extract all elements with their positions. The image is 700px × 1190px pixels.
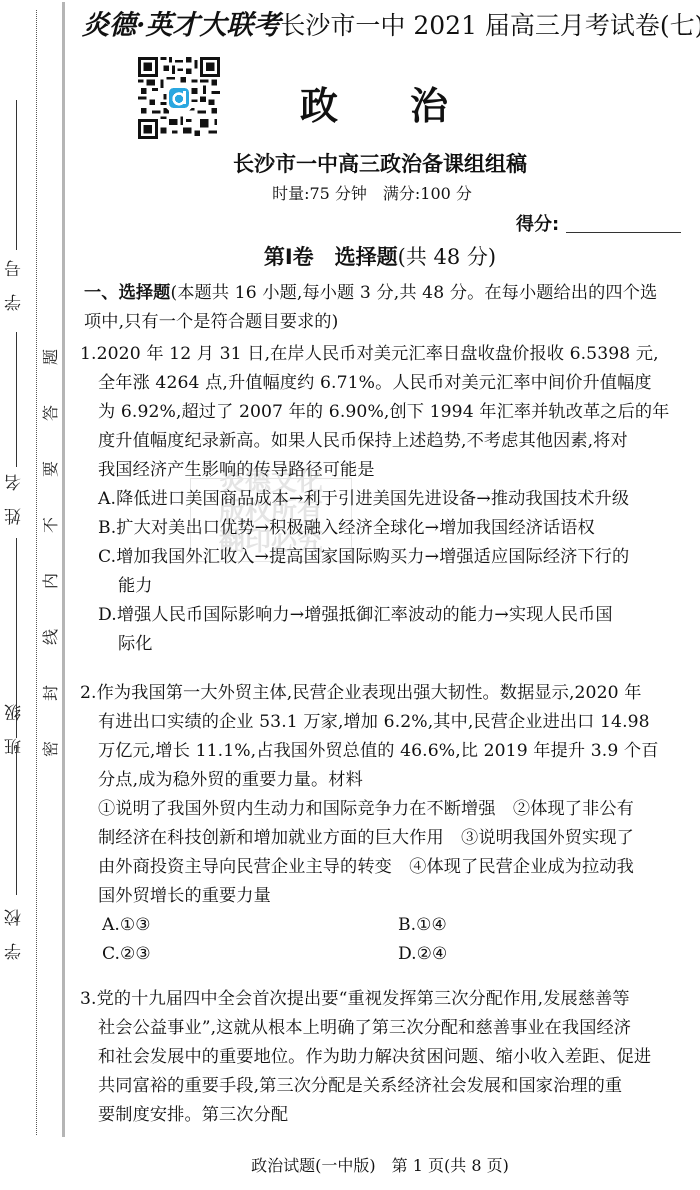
option-key: D. [398, 944, 417, 964]
option-text: 增强人民币国际影响力→增强抵御汇率波动的能力→实现人民币国 [117, 605, 613, 625]
question-text: 度升值幅度纪录新高。如果人民币保持上述趋势,不考虑其他因素,将对 [80, 427, 686, 456]
option-text: 降低进口美国商品成本→利于引进美国先进设备→推动我国技术升级 [116, 489, 629, 509]
statement-text: ①说明了我国外贸内生动力和国际竞争力在不断增强 ②体现了非公有 [80, 795, 686, 824]
question-text: 有进出口实绩的企业 53.1 万家,增加 6.2%,其中,民营企业进出口 14.… [80, 708, 686, 737]
question-number: 2. [80, 683, 97, 703]
subject-char: 治 [410, 75, 448, 130]
seal-char: 线 [40, 626, 62, 648]
question-2: 2.作为我国第一大外贸主体,民营企业表现出强大韧性。数据显示,2020 年 有进… [80, 679, 686, 911]
option-d[interactable]: D.增强人民币国际影响力→增强抵御汇率波动的能力→实现人民币国 [80, 601, 686, 630]
option-key: C. [98, 547, 116, 567]
question-1: 1.2020 年 12 月 31 日,在岸人民币对美元汇率日盘收盘价报收 6.5… [80, 340, 686, 659]
statement-text: 国外贸增长的重要力量 [80, 882, 686, 911]
option-text: ②③ [120, 944, 151, 964]
option-c[interactable]: C.增加我国外汇收入→提高国家国际购买力→增强适应国际经济下行的 [80, 543, 686, 572]
option-key: B. [98, 518, 116, 538]
time-info: 时量:75 分钟 满分:100 分 [0, 181, 700, 204]
section-instruction: 一、选择题(本题共 16 小题,每小题 3 分,共 48 分。在每小题给出的四个… [84, 279, 686, 337]
author-line: 长沙市一中高三政治备课组组稿 [0, 148, 700, 178]
option-text: 扩大对美出口优势→积极融入经济全球化→增加我国经济话语权 [116, 518, 594, 538]
seal-char: 封 [40, 682, 62, 704]
subject-char: 政 [300, 75, 338, 130]
question-3: 3.党的十九届四中全会首次提出要“重视发挥第三次分配作用,发展慈善等 社会公益事… [80, 985, 686, 1130]
option-text: ①③ [120, 915, 151, 935]
seal-char: 答 [40, 402, 62, 424]
qr-code-icon[interactable] [136, 57, 222, 139]
seal-char: 题 [40, 346, 62, 368]
statement-text: 由外商投资主导向民营企业主导的转变 ④体现了民营企业成为拉动我 [80, 853, 686, 882]
school-label: 学 校 [4, 900, 28, 970]
seal-char: 不 [40, 514, 62, 536]
option-b[interactable]: B.扩大对美出口优势→积极融入经济全球化→增加我国经济话语权 [80, 514, 686, 543]
question-text: 作为我国第一大外贸主体,民营企业表现出强大韧性。数据显示,2020 年 [97, 683, 642, 703]
option-c-continued: 能力 [80, 572, 686, 601]
question-number: 3. [80, 989, 97, 1009]
statement-text: 制经济在科技创新和增加就业方面的巨大作用 ③说明我国外贸实现了 [80, 824, 686, 853]
name-underline-top[interactable] [16, 332, 17, 467]
section-title-rest: (共 48 分) [398, 245, 496, 269]
seal-char: 密 [40, 738, 62, 760]
option-a[interactable]: A.①③ [102, 911, 151, 940]
option-key: C. [102, 944, 120, 964]
name-label: 姓 名 [4, 470, 28, 530]
question-text: 社会公益事业”,这就从根本上明确了第三次分配和慈善事业在我国经济 [80, 1014, 686, 1043]
question-text: 要制度安排。第三次分配 [80, 1101, 686, 1130]
series-title-rest: 长沙市一中 2021 届高三月考试卷(七) [280, 11, 700, 40]
series-title-bold: 炎德·英才大联考 [82, 10, 280, 41]
question-text: 为 6.92%,超过了 2007 年的 6.90%,创下 1994 年汇率并轨改… [80, 398, 686, 427]
page-footer: 政治试题(一中版) 第 1 页(共 8 页) [0, 1153, 700, 1176]
option-text: 增加我国外汇收入→提高国家国际购买力→增强适应国际经济下行的 [116, 547, 629, 567]
seal-dotted-line [36, 10, 37, 1135]
subject-title: 政治 [300, 75, 448, 130]
question-text: 2020 年 12 月 31 日,在岸人民币对美元汇率日盘收盘价报收 6.539… [97, 344, 659, 364]
section-title-bold: 第Ⅰ卷 选择题 [264, 245, 398, 269]
score-field[interactable] [566, 232, 681, 233]
question-text: 万亿元,增长 11.1%,占我国外贸总值的 46.6%,比 2019 年提升 3… [80, 737, 686, 766]
question-text: 全年涨 4264 点,升值幅度约 6.71%。人民币对美元汇率中间价升值幅度 [80, 369, 686, 398]
question-text: 分点,成为稳外贸的重要力量。材料 [80, 766, 686, 795]
question-text: 我国经济产生影响的传导路径可能是 [80, 456, 686, 485]
question-text: 党的十九届四中全会首次提出要“重视发挥第三次分配作用,发展慈善等 [97, 989, 630, 1009]
option-b[interactable]: B.①④ [398, 911, 447, 940]
instruction-text: (本题共 16 小题,每小题 3 分,共 48 分。在每小题给出的四个选 [170, 283, 657, 303]
option-d-continued: 际化 [80, 630, 686, 659]
exam-series-title: 炎德·英才大联考长沙市一中 2021 届高三月考试卷(七) [82, 8, 694, 44]
option-a[interactable]: A.降低进口美国商品成本→利于引进美国先进设备→推动我国技术升级 [80, 485, 686, 514]
option-key: B. [398, 915, 416, 935]
seal-char: 内 [40, 570, 62, 592]
section-title: 第Ⅰ卷 选择题(共 48 分) [0, 241, 700, 271]
option-text: ①④ [416, 915, 447, 935]
question-text: 共同富裕的重要手段,第三次分配是关系经济社会发展和国家治理的重 [80, 1072, 686, 1101]
score-label: 得分: [516, 210, 559, 236]
question-number: 1. [80, 344, 97, 364]
option-key: A. [98, 489, 116, 509]
instruction-text: 项中,只有一个是符合题目要求的) [84, 308, 686, 337]
option-key: D. [98, 605, 117, 625]
question-text: 和社会发展中的重要地位。作为助力解决贫困问题、缩小收入差距、促进 [80, 1043, 686, 1072]
option-text: ②④ [417, 944, 448, 964]
option-c[interactable]: C.②③ [102, 940, 151, 969]
class-underline[interactable] [16, 745, 17, 895]
option-key: A. [102, 915, 120, 935]
seal-char: 要 [40, 458, 62, 480]
option-d[interactable]: D.②④ [398, 940, 447, 969]
instruction-heading: 一、选择题 [84, 283, 170, 303]
